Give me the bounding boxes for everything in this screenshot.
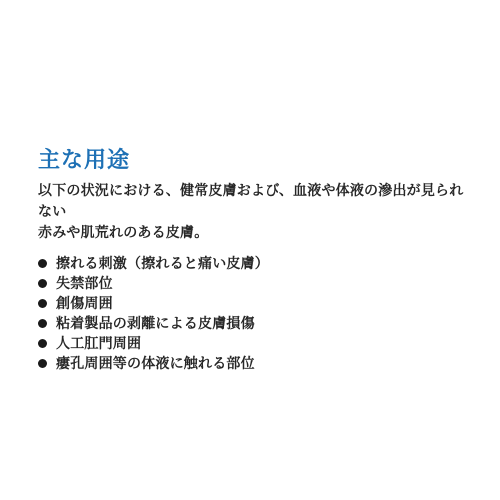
description-line-2: 赤みや肌荒れのある皮膚。	[38, 224, 208, 240]
bullet-icon	[38, 359, 47, 368]
bullet-icon	[38, 259, 47, 268]
list-item: 擦れる刺激（擦れると痛い皮膚）	[38, 256, 468, 270]
bullet-icon	[38, 279, 47, 288]
product-description-page: 主な用途 以下の状況における、健常皮膚および、血液や体液の滲出が見られない 赤み…	[0, 0, 500, 500]
list-item: 失禁部位	[38, 276, 468, 290]
bullet-icon	[38, 299, 47, 308]
list-item: 人工肛門周囲	[38, 336, 468, 350]
section-description: 以下の状況における、健常皮膚および、血液や体液の滲出が見られない 赤みや肌荒れの…	[38, 180, 468, 243]
list-item-label: 創傷周囲	[56, 296, 113, 310]
section-heading: 主な用途	[38, 146, 468, 174]
list-item-label: 擦れる刺激（擦れると痛い皮膚）	[56, 256, 269, 270]
uses-list: 擦れる刺激（擦れると痛い皮膚） 失禁部位 創傷周囲 粘着製品の剥離による皮膚損傷…	[38, 256, 468, 370]
list-item: 創傷周囲	[38, 296, 468, 310]
main-uses-section: 主な用途 以下の状況における、健常皮膚および、血液や体液の滲出が見られない 赤み…	[38, 146, 468, 376]
list-item-label: 人工肛門周囲	[56, 336, 141, 350]
list-item-label: 粘着製品の剥離による皮膚損傷	[56, 316, 255, 330]
list-item-label: 失禁部位	[56, 276, 113, 290]
list-item: 粘着製品の剥離による皮膚損傷	[38, 316, 468, 330]
bullet-icon	[38, 319, 47, 328]
description-line-1: 以下の状況における、健常皮膚および、血液や体液の滲出が見られない	[38, 182, 463, 219]
list-item-label: 瘻孔周囲等の体液に触れる部位	[56, 356, 255, 370]
list-item: 瘻孔周囲等の体液に触れる部位	[38, 356, 468, 370]
bullet-icon	[38, 339, 47, 348]
